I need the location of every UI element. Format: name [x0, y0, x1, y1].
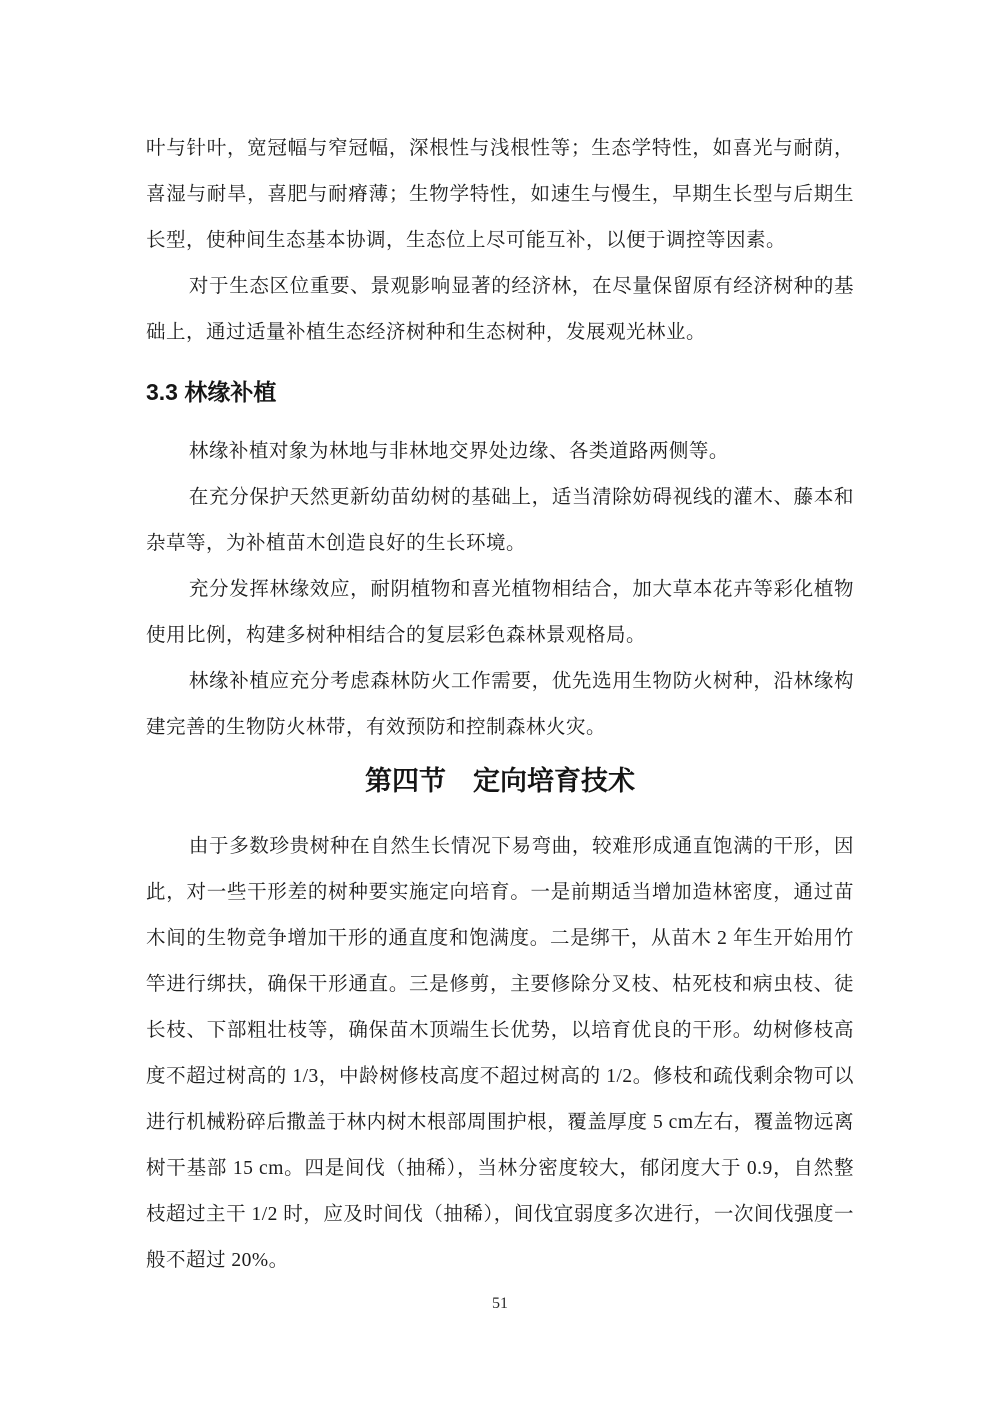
paragraph-economic-forest: 对于生态区位重要、景观影响显著的经济林，在尽量保留原有经济树种的基础上，通过适量…: [146, 264, 854, 356]
paragraph-directional-cultivation: 由于多数珍贵树种在自然生长情况下易弯曲，较难形成通直饱满的干形，因此，对一些干形…: [146, 824, 854, 1284]
heading-section-4-directional-cultivation: 第四节 定向培育技术: [146, 759, 854, 803]
page-footer: 51: [0, 1292, 1000, 1316]
page-number: 51: [492, 1295, 508, 1312]
heading-3-3-forest-edge-replanting: 3.3 林缘补植: [146, 372, 854, 412]
paragraph-continuation: 叶与针叶，宽冠幅与窄冠幅，深根性与浅根性等；生态学特性，如喜光与耐荫，喜湿与耐旱…: [146, 126, 854, 264]
document-page: 叶与针叶，宽冠幅与窄冠幅，深根性与浅根性等；生态学特性，如喜光与耐荫，喜湿与耐旱…: [0, 0, 1000, 1414]
paragraph-seedling-protection: 在充分保护天然更新幼苗幼树的基础上，适当清除妨碍视线的灌木、藤本和杂草等，为补植…: [146, 475, 854, 567]
paragraph-edge-replanting-targets: 林缘补植对象为林地与非林地交界处边缘、各类道路两侧等。: [146, 429, 854, 475]
paragraph-fire-prevention: 林缘补植应充分考虑森林防火工作需要，优先选用生物防火树种，沿林缘构建完善的生物防…: [146, 659, 854, 751]
page-content: 叶与针叶，宽冠幅与窄冠幅，深根性与浅根性等；生态学特性，如喜光与耐荫，喜湿与耐旱…: [146, 126, 854, 1284]
paragraph-edge-effect: 充分发挥林缘效应，耐阴植物和喜光植物相结合，加大草本花卉等彩化植物使用比例，构建…: [146, 567, 854, 659]
